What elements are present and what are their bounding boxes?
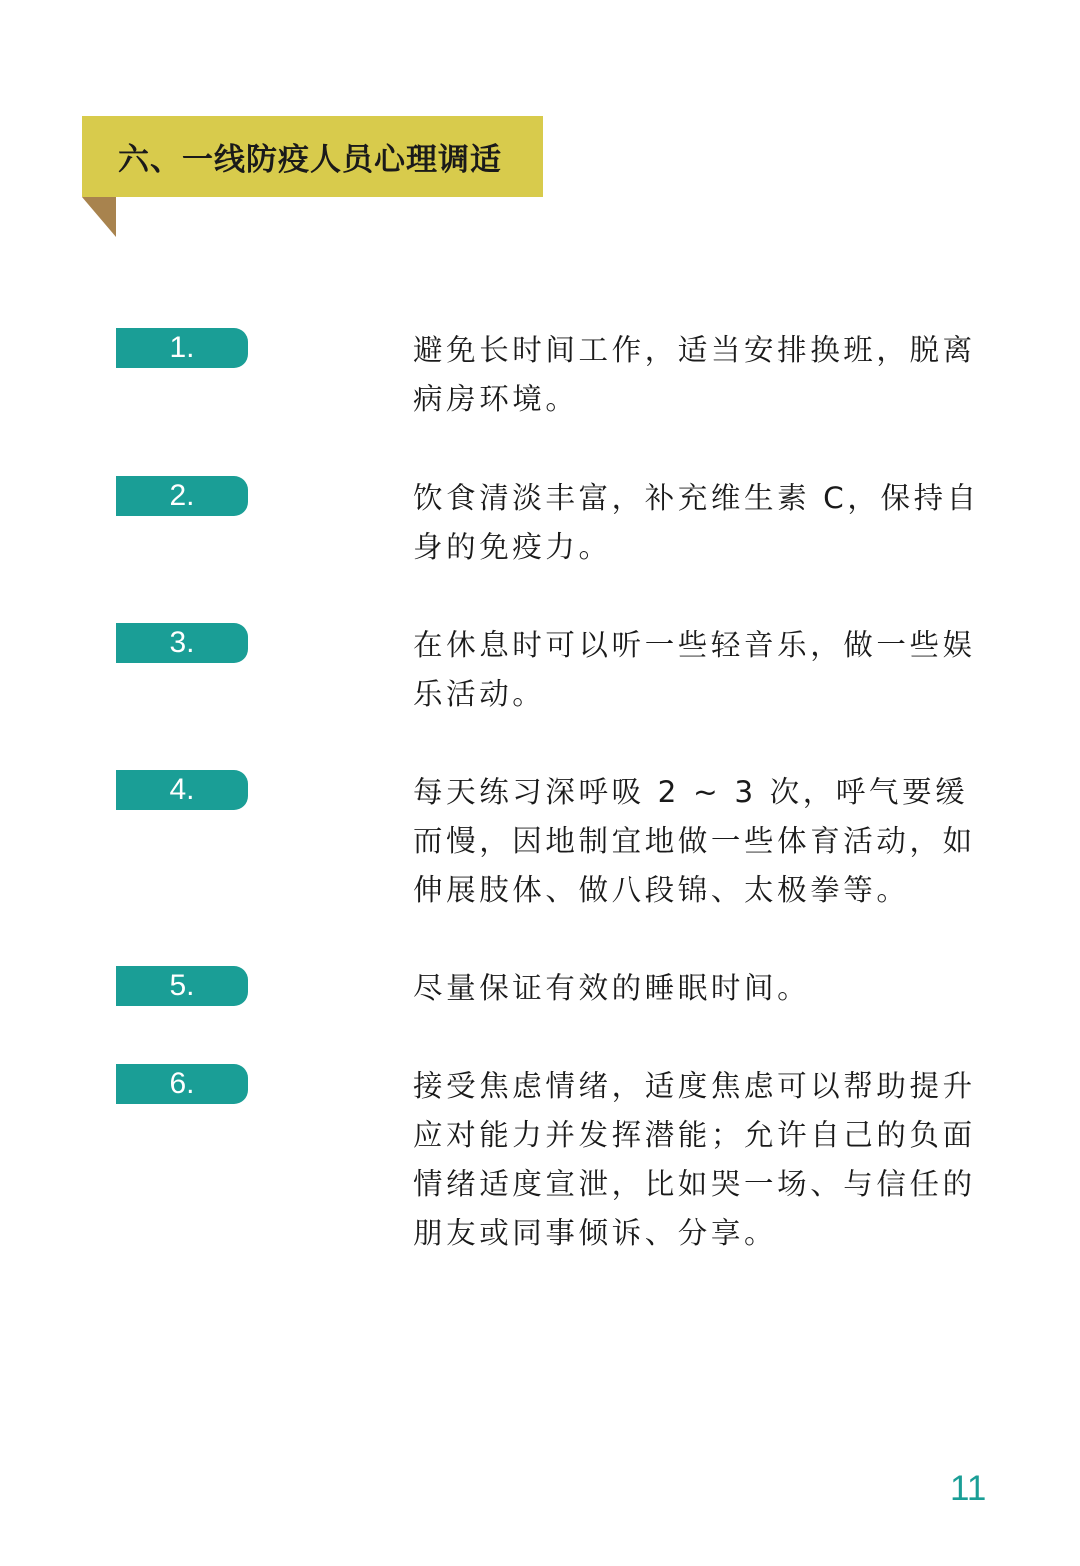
item-text: 每天练习深呼吸 2 ~ 3 次，呼气要缓而慢，因地制宜地做一些体育活动，如伸展肢… (413, 768, 993, 915)
item-number-badge: 6. (116, 1064, 248, 1104)
item-text: 接受焦虑情绪，适度焦虑可以帮助提升应对能力并发挥潜能；允许自己的负面情绪适度宣泄… (413, 1062, 993, 1258)
item-text: 饮食清淡丰富，补充维生素 C，保持自身的免疫力。 (413, 474, 993, 572)
item-text: 避免长时间工作，适当安排换班，脱离病房环境。 (413, 326, 993, 424)
item-number-badge: 5. (116, 966, 248, 1006)
item-number-badge: 2. (116, 476, 248, 516)
banner-fold-decoration (82, 197, 116, 237)
item-number-badge: 3. (116, 623, 248, 663)
item-number-badge: 4. (116, 770, 248, 810)
item-text: 尽量保证有效的睡眠时间。 (413, 964, 993, 1013)
section-title: 六、一线防疫人员心理调适 (118, 134, 502, 179)
page-number: 11 (950, 1469, 986, 1509)
section-title-banner: 六、一线防疫人员心理调适 (82, 116, 543, 197)
item-number-badge: 1. (116, 328, 248, 368)
item-text: 在休息时可以听一些轻音乐，做一些娱乐活动。 (413, 621, 993, 719)
